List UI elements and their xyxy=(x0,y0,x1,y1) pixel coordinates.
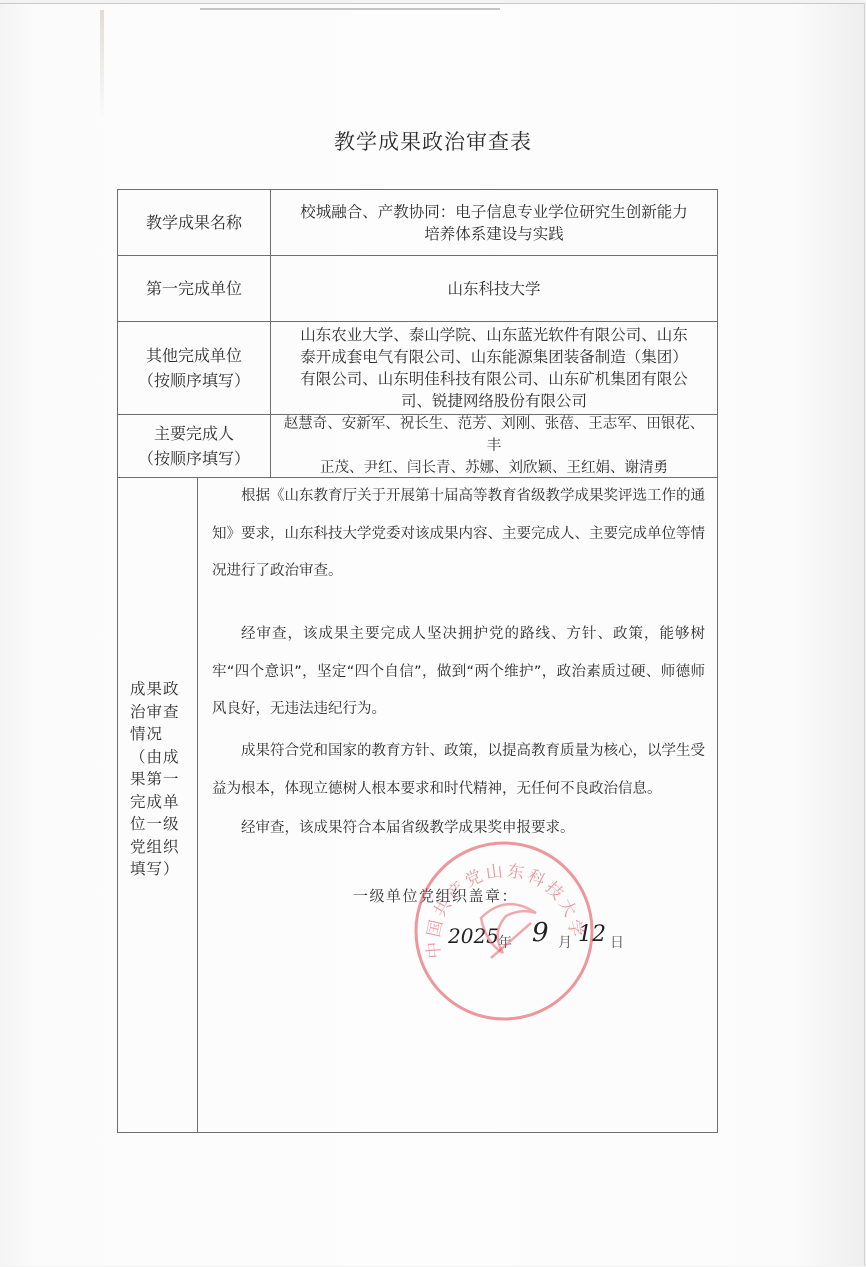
value-achievement-name: 校城融合、产教协同：电子信息专业学位研究生创新能力 培养体系建设与实践 xyxy=(271,190,717,255)
seal-label: 一级单位党组织盖章： xyxy=(353,885,518,906)
label-main-contributors: 主要完成人 （按顺序填写） xyxy=(118,415,271,477)
value-line: 山东科技大学 xyxy=(447,278,540,300)
value-line: 培养体系建设与实践 xyxy=(300,223,688,245)
date-day: 12 xyxy=(578,922,606,947)
row-other-units: 其他完成单位 （按顺序填写） 山东农业大学、泰山学院、山东蓝光软件有限公司、山东… xyxy=(118,322,717,415)
value-line: 山东农业大学、泰山学院、山东蓝光软件有限公司、山东 xyxy=(300,324,688,346)
value-line: 正茂、尹红、闫长青、苏娜、刘欣颖、王红娟、谢清勇 xyxy=(281,457,707,479)
review-paragraph: 成果符合党和国家的教育方针、政策，以提高教育质量为核心，以学生受益为根本，体现立… xyxy=(212,733,705,808)
label-political-review: 成果政治审查情况（由成果第一完成单位一级党组织填写） xyxy=(118,478,198,1132)
review-form-table: 教学成果名称 校城融合、产教协同：电子信息专业学位研究生创新能力 培养体系建设与… xyxy=(117,189,718,1133)
label-line: 教学成果名称 xyxy=(146,210,242,235)
side-label-text: 成果政治审查情况（由成果第一完成单位一级党组织填写） xyxy=(130,678,190,881)
label-achievement-name: 教学成果名称 xyxy=(118,190,271,255)
review-content: 根据《山东教育厅关于开展第十届高等教育省级教学成果奖评选工作的通知》要求，山东科… xyxy=(198,478,717,1132)
document-title: 教学成果政治审查表 xyxy=(0,126,866,156)
date-month: 9 xyxy=(532,918,549,948)
scan-artifact xyxy=(100,10,104,120)
date-day-unit: 日 xyxy=(610,932,624,952)
row-achievement-name: 教学成果名称 校城融合、产教协同：电子信息专业学位研究生创新能力 培养体系建设与… xyxy=(118,190,717,256)
value-line: 校城融合、产教协同：电子信息专业学位研究生创新能力 xyxy=(300,201,688,223)
label-line: （按顺序填写） xyxy=(138,368,250,393)
row-first-unit: 第一完成单位 山东科技大学 xyxy=(118,256,717,322)
label-first-unit: 第一完成单位 xyxy=(118,256,271,321)
row-political-review: 成果政治审查情况（由成果第一完成单位一级党组织填写） 根据《山东教育厅关于开展第… xyxy=(118,478,717,1132)
review-paragraph: 根据《山东教育厅关于开展第十届高等教育省级教学成果奖评选工作的通知》要求，山东科… xyxy=(212,478,705,591)
value-line: 司、锐捷网络股份有限公司 xyxy=(300,390,688,412)
value-line: 有限公司、山东明佳科技有限公司、山东矿机集团有限公 xyxy=(300,368,688,390)
review-paragraph: 经审查，该成果符合本届省级教学成果奖申报要求。 xyxy=(212,810,705,848)
label-other-units: 其他完成单位 （按顺序填写） xyxy=(118,322,271,414)
signature-date: 2025 年 9 月 12 日 xyxy=(448,924,708,964)
row-main-contributors: 主要完成人 （按顺序填写） 赵慧奇、安新军、祝长生、范芳、刘刚、张蓓、王志军、田… xyxy=(118,415,717,478)
value-first-unit: 山东科技大学 xyxy=(271,256,717,321)
value-other-units: 山东农业大学、泰山学院、山东蓝光软件有限公司、山东 泰开成套电气有限公司、山东能… xyxy=(271,322,717,414)
date-year-unit: 年 xyxy=(498,932,512,952)
review-paragraph: 经审查，该成果主要完成人坚决拥护党的路线、方针、政策，能够树牢“四个意识”，坚定… xyxy=(212,616,705,729)
value-line: 赵慧奇、安新军、祝长生、范芳、刘刚、张蓓、王志军、田银花、丰 xyxy=(281,413,707,457)
label-line: 主要完成人 xyxy=(154,421,234,446)
value-line: 泰开成套电气有限公司、山东能源集团装备制造（集团） xyxy=(300,346,688,368)
label-line: 其他完成单位 xyxy=(146,343,242,368)
label-line: （按顺序填写） xyxy=(138,446,250,471)
label-line: 第一完成单位 xyxy=(146,276,242,301)
date-month-unit: 月 xyxy=(558,932,572,952)
date-year: 2025 xyxy=(448,924,499,948)
scan-edge xyxy=(200,8,500,10)
value-main-contributors: 赵慧奇、安新军、祝长生、范芳、刘刚、张蓓、王志军、田银花、丰 正茂、尹红、闫长青… xyxy=(271,415,717,477)
